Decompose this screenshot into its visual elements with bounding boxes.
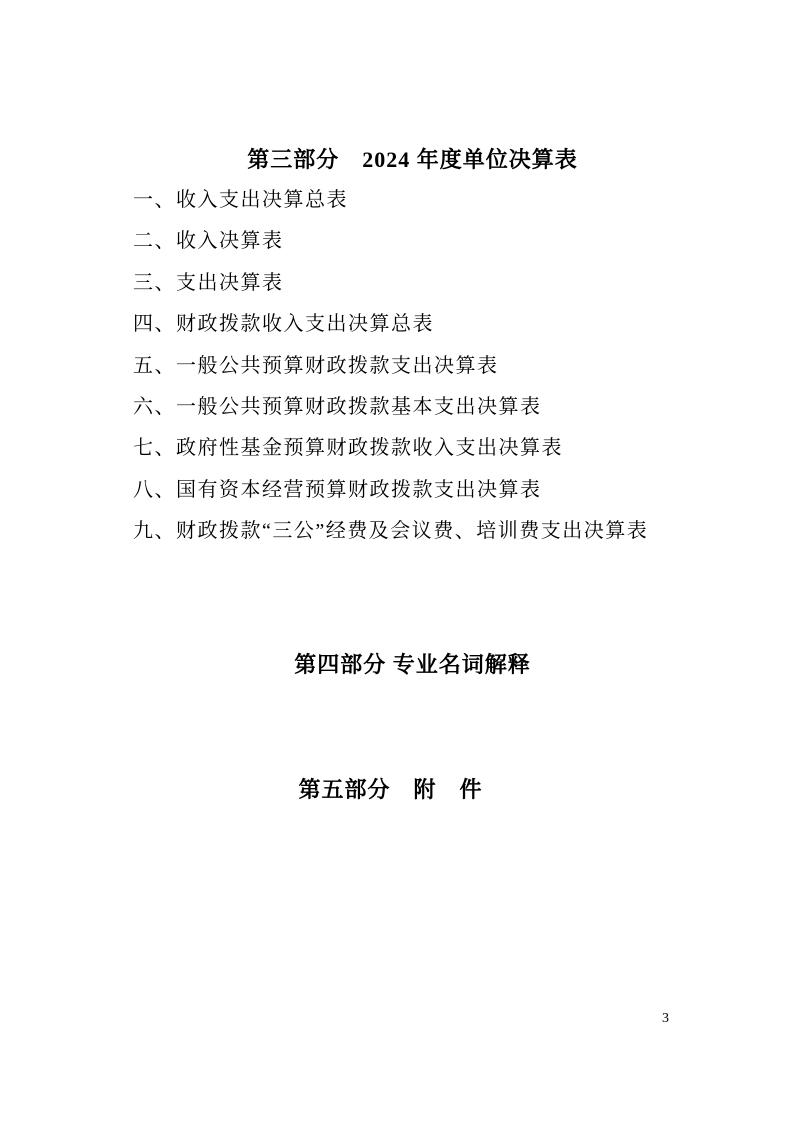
toc-item-9: 九、财政拨款“三公”经费及会议费、培训费支出决算表 <box>133 511 733 552</box>
document-page: 第三部分 2024 年度单位决算表 一、收入支出决算总表 二、收入决算表 三、支… <box>0 0 793 1122</box>
toc-item-7: 七、政府性基金预算财政拨款收入支出决算表 <box>133 428 733 469</box>
section3-heading: 第三部分 2024 年度单位决算表 <box>16 143 793 174</box>
toc-item-2: 二、收入决算表 <box>133 221 733 262</box>
section3-toc-list: 一、收入支出决算总表 二、收入决算表 三、支出决算表 四、财政拨款收入支出决算总… <box>133 180 733 553</box>
toc-item-8: 八、国有资本经营预算财政拨款支出决算表 <box>133 470 733 511</box>
toc-item-5: 五、一般公共预算财政拨款支出决算表 <box>133 346 733 387</box>
toc-item-6: 六、一般公共预算财政拨款基本支出决算表 <box>133 387 733 428</box>
toc-item-4: 四、财政拨款收入支出决算总表 <box>133 304 733 345</box>
page-number: 3 <box>662 1010 669 1028</box>
section4-heading: 第四部分 专业名词解释 <box>16 648 793 679</box>
section5-heading: 第五部分 附 件 <box>0 773 787 804</box>
toc-item-1: 一、收入支出决算总表 <box>133 180 733 221</box>
toc-item-3: 三、支出决算表 <box>133 263 733 304</box>
